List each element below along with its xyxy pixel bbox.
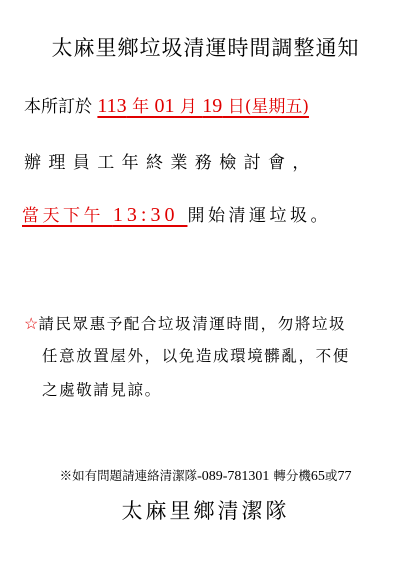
request-text-1: 請民眾惠予配合垃圾清運時間，勿將垃圾 bbox=[38, 315, 346, 333]
date-month-unit: 月 bbox=[174, 97, 202, 117]
date-year: 113 bbox=[97, 95, 126, 117]
signature: 太麻里鄉清潔隊 bbox=[0, 501, 411, 522]
date-prefix: 本所訂於 bbox=[24, 97, 97, 117]
extension-or: 或 bbox=[325, 468, 338, 483]
request-line-2: 任意放置屋外，以免造成環境髒亂，不便 bbox=[42, 349, 350, 365]
date-month: 01 bbox=[154, 95, 174, 117]
extension-2: 77 bbox=[337, 469, 351, 484]
contact-text: 如有問題請連絡清潔隊 bbox=[72, 468, 197, 483]
contact-phone: -089-781301 bbox=[197, 469, 269, 484]
collection-time: 13:30 bbox=[113, 204, 188, 226]
star-icon: ☆ bbox=[24, 314, 38, 333]
time-suffix: 開始清運垃圾。 bbox=[187, 206, 331, 226]
extension-label: 轉分機 bbox=[273, 468, 311, 483]
date-day: 19 bbox=[202, 95, 222, 117]
date-day-unit: 日(星期五) bbox=[222, 97, 309, 117]
extension-1: 65 bbox=[311, 469, 325, 484]
time-line: 當天下午 13:30 開始清運垃圾。 bbox=[22, 205, 331, 225]
contact-line: ※如有問題請連絡清潔隊-089-781301 轉分機65或77 bbox=[0, 470, 411, 484]
time-highlight-text: 當天下午 bbox=[22, 206, 113, 226]
date-year-unit: 年 bbox=[127, 97, 155, 117]
request-line-1: ☆請民眾惠予配合垃圾清運時間，勿將垃圾 bbox=[24, 316, 346, 333]
notice-title: 太麻里鄉垃圾清運時間調整通知 bbox=[0, 38, 411, 59]
date-highlight: 113 年 01 月 19 日(星期五) bbox=[97, 97, 309, 117]
reference-mark-icon: ※ bbox=[60, 468, 73, 483]
meeting-line: 辦理員工年終業務檢討會， bbox=[24, 155, 317, 172]
time-highlight: 當天下午 13:30 bbox=[22, 206, 187, 226]
date-line: 本所訂於 113 年 01 月 19 日(星期五) bbox=[24, 96, 309, 116]
request-line-3: 之處敬請見諒。 bbox=[42, 383, 162, 399]
